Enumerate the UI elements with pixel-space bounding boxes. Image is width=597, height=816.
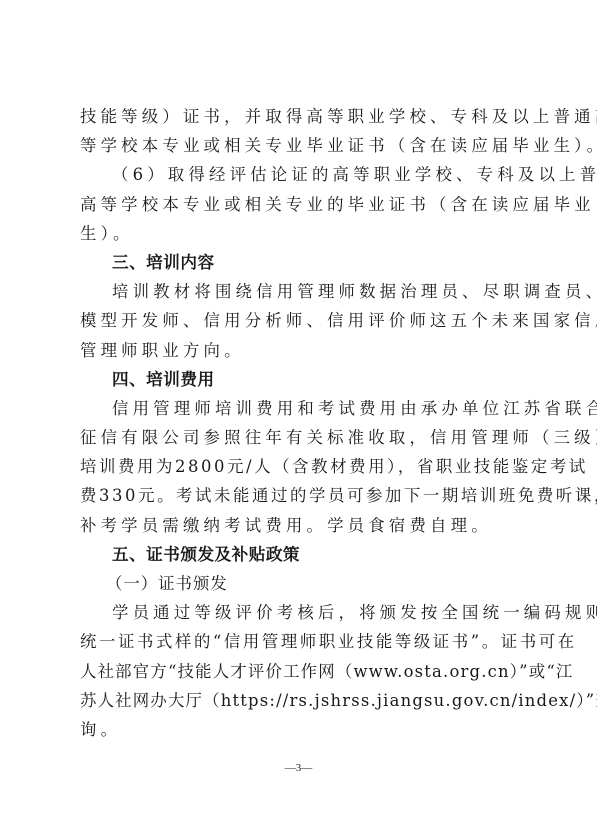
text-line: 高等学校本专业或相关专业的毕业证书（含在读应届毕业 [80,190,520,219]
text-line: 补考学员需缴纳考试费用。学员食宿费自理。 [80,511,520,540]
text-line: 生）。 [80,219,520,248]
section-heading-training-fees: 四、培训费用 [80,365,520,394]
subsection-heading-certificate-issuance: （一）证书颁发 [80,569,520,598]
text-line: 管理师职业方向。 [80,336,520,365]
text-line: 人社部官方“技能人才评价工作网（www.osta.org.cn）”或“江 [80,657,520,686]
section-heading-certificates: 五、证书颁发及补贴政策 [80,540,520,569]
text-line: 技能等级）证书，并取得高等职业学校、专科及以上普通高 [80,102,520,131]
text-line: 等学校本专业或相关专业毕业证书（含在读应届毕业生）。 [80,131,520,160]
page-number: —3— [0,762,597,774]
text-line: 征信有限公司参照往年有关标准收取，信用管理师（三级） [80,423,520,452]
text-line: 培训教材将围绕信用管理师数据治理员、尽职调查员、 [80,277,520,306]
text-line: 费330元。考试未能通过的学员可参加下一期培训班免费听课， [80,481,520,510]
text-line: 询。 [80,715,520,744]
text-line: 苏人社网办大厅（https://rs.jshrss.jiangsu.gov.cn… [80,686,520,715]
text-line: （6）取得经评估论证的高等职业学校、专科及以上普通 [80,160,520,189]
text-line: 模型开发师、信用分析师、信用评价师这五个未来国家信用 [80,306,520,335]
text-line: 学员通过等级评价考核后，将颁发按全国统一编码规则、 [80,598,520,627]
text-line: 统一证书式样的“信用管理师职业技能等级证书”。证书可在 [80,627,520,656]
text-line: 信用管理师培训费用和考试费用由承办单位江苏省联合 [80,394,520,423]
section-heading-training-content: 三、培训内容 [80,248,520,277]
document-page: 技能等级）证书，并取得高等职业学校、专科及以上普通高 等学校本专业或相关专业毕业… [80,102,520,744]
text-line: 培训费用为2800元/人（含教材费用），省职业技能鉴定考试 [80,452,520,481]
